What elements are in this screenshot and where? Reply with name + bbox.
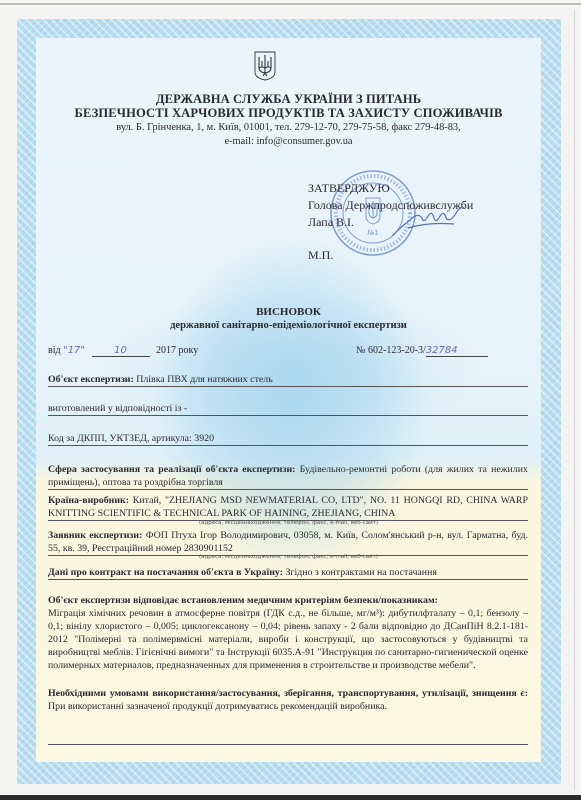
applicant-label: Заявник експертизи:	[48, 530, 142, 541]
organization-name-line-1: ДЕРЖАВНА СЛУЖБА УКРАЇНИ З ПИТАНЬ	[36, 92, 541, 107]
field-object: Об'єкт експертизи: Плівка ПВХ для натяжн…	[48, 373, 528, 387]
field-contract: Дані про контракт на постачання об'єкта …	[48, 566, 528, 580]
field-conditions: Необхідними умовами використання/застосу…	[48, 687, 528, 713]
date-prefix: від	[48, 345, 61, 356]
trident-coat-of-arms-icon	[254, 51, 276, 81]
scan-top-edge	[0, 3, 581, 5]
conditions-label: Необхідними умовами використання/застосу…	[48, 688, 528, 699]
field-code: Код за ДКПП, УКТЗЕД, артикула: 3920	[48, 432, 528, 446]
date-day: "17"	[63, 345, 85, 356]
object-value: Плівка ПВХ для натяжних стель	[136, 374, 272, 385]
object-label: Об'єкт експертизи:	[48, 374, 134, 385]
criteria-label: Об'єкт експертизи відповідає встановлени…	[48, 594, 528, 607]
contract-label: Дані про контракт на постачання об'єкта …	[48, 567, 283, 578]
contract-value: Згідно з контрактами на постачання	[285, 567, 436, 578]
date-year: 2017 року	[156, 345, 198, 356]
certificate-content: ДЕРЖАВНА СЛУЖБА УКРАЇНИ З ПИТАНЬ БЕЗПЕЧН…	[36, 38, 541, 762]
document-date: від "17" 10 2017 року	[48, 345, 198, 357]
document-number: № 602-123-20-3/32784	[356, 345, 488, 357]
organization-address: вул. Б. Грінченка, 1, м. Київ, 01001, те…	[36, 122, 541, 133]
date-month: 10	[92, 345, 150, 357]
document-subtitle: державної санітарно-епідеміологічної екс…	[36, 320, 541, 331]
seal-label: М.П.	[308, 247, 473, 264]
approve-label: ЗАТВЕРДЖУЮ	[308, 180, 473, 197]
field-country: Країна-виробник: Китай, "ZHEJIANG MSD NE…	[48, 494, 528, 521]
certificate-paper: ДЕРЖАВНА СЛУЖБА УКРАЇНИ З ПИТАНЬ БЕЗПЕЧН…	[36, 38, 541, 762]
address-note: (адреса, місцезнаходження, телефон, факс…	[36, 520, 541, 526]
number-handwritten: 32784	[426, 345, 488, 357]
field-applicant: Заявник експертизи: ФОП Птуха Ігор Волод…	[48, 529, 528, 556]
signature	[388, 202, 468, 242]
field-manufactured: виготовлений у відповідності із -	[48, 402, 528, 416]
scan-bottom-edge	[0, 795, 581, 800]
organization-email: e-mail: info@consumer.gov.ua	[36, 136, 541, 147]
field-criteria: Об'єкт експертизи відповідає встановлени…	[48, 594, 528, 672]
address-note: (адреса, місцезнаходження, телефон, факс…	[36, 554, 541, 560]
scan-right-edge	[574, 10, 575, 790]
number-prefix: № 602-123-20-3/	[356, 345, 426, 356]
country-label: Країна-виробник:	[48, 495, 129, 506]
organization-name-line-2: БЕЗПЕЧНОСТІ ХАРЧОВИХ ПРОДУКТІВ ТА ЗАХИСТ…	[36, 106, 541, 121]
scope-label: Сфера застосування та реалізації об'єкта…	[48, 464, 295, 475]
criteria-value: Міграція хімічних речовин в атмосферне п…	[48, 607, 528, 672]
field-scope: Сфера застосування та реалізації об'єкта…	[48, 463, 528, 490]
closing-rule	[48, 744, 528, 745]
conditions-value: При використанні зазначеної продукції до…	[48, 701, 387, 712]
document-title: ВИСНОВОК	[36, 306, 541, 318]
